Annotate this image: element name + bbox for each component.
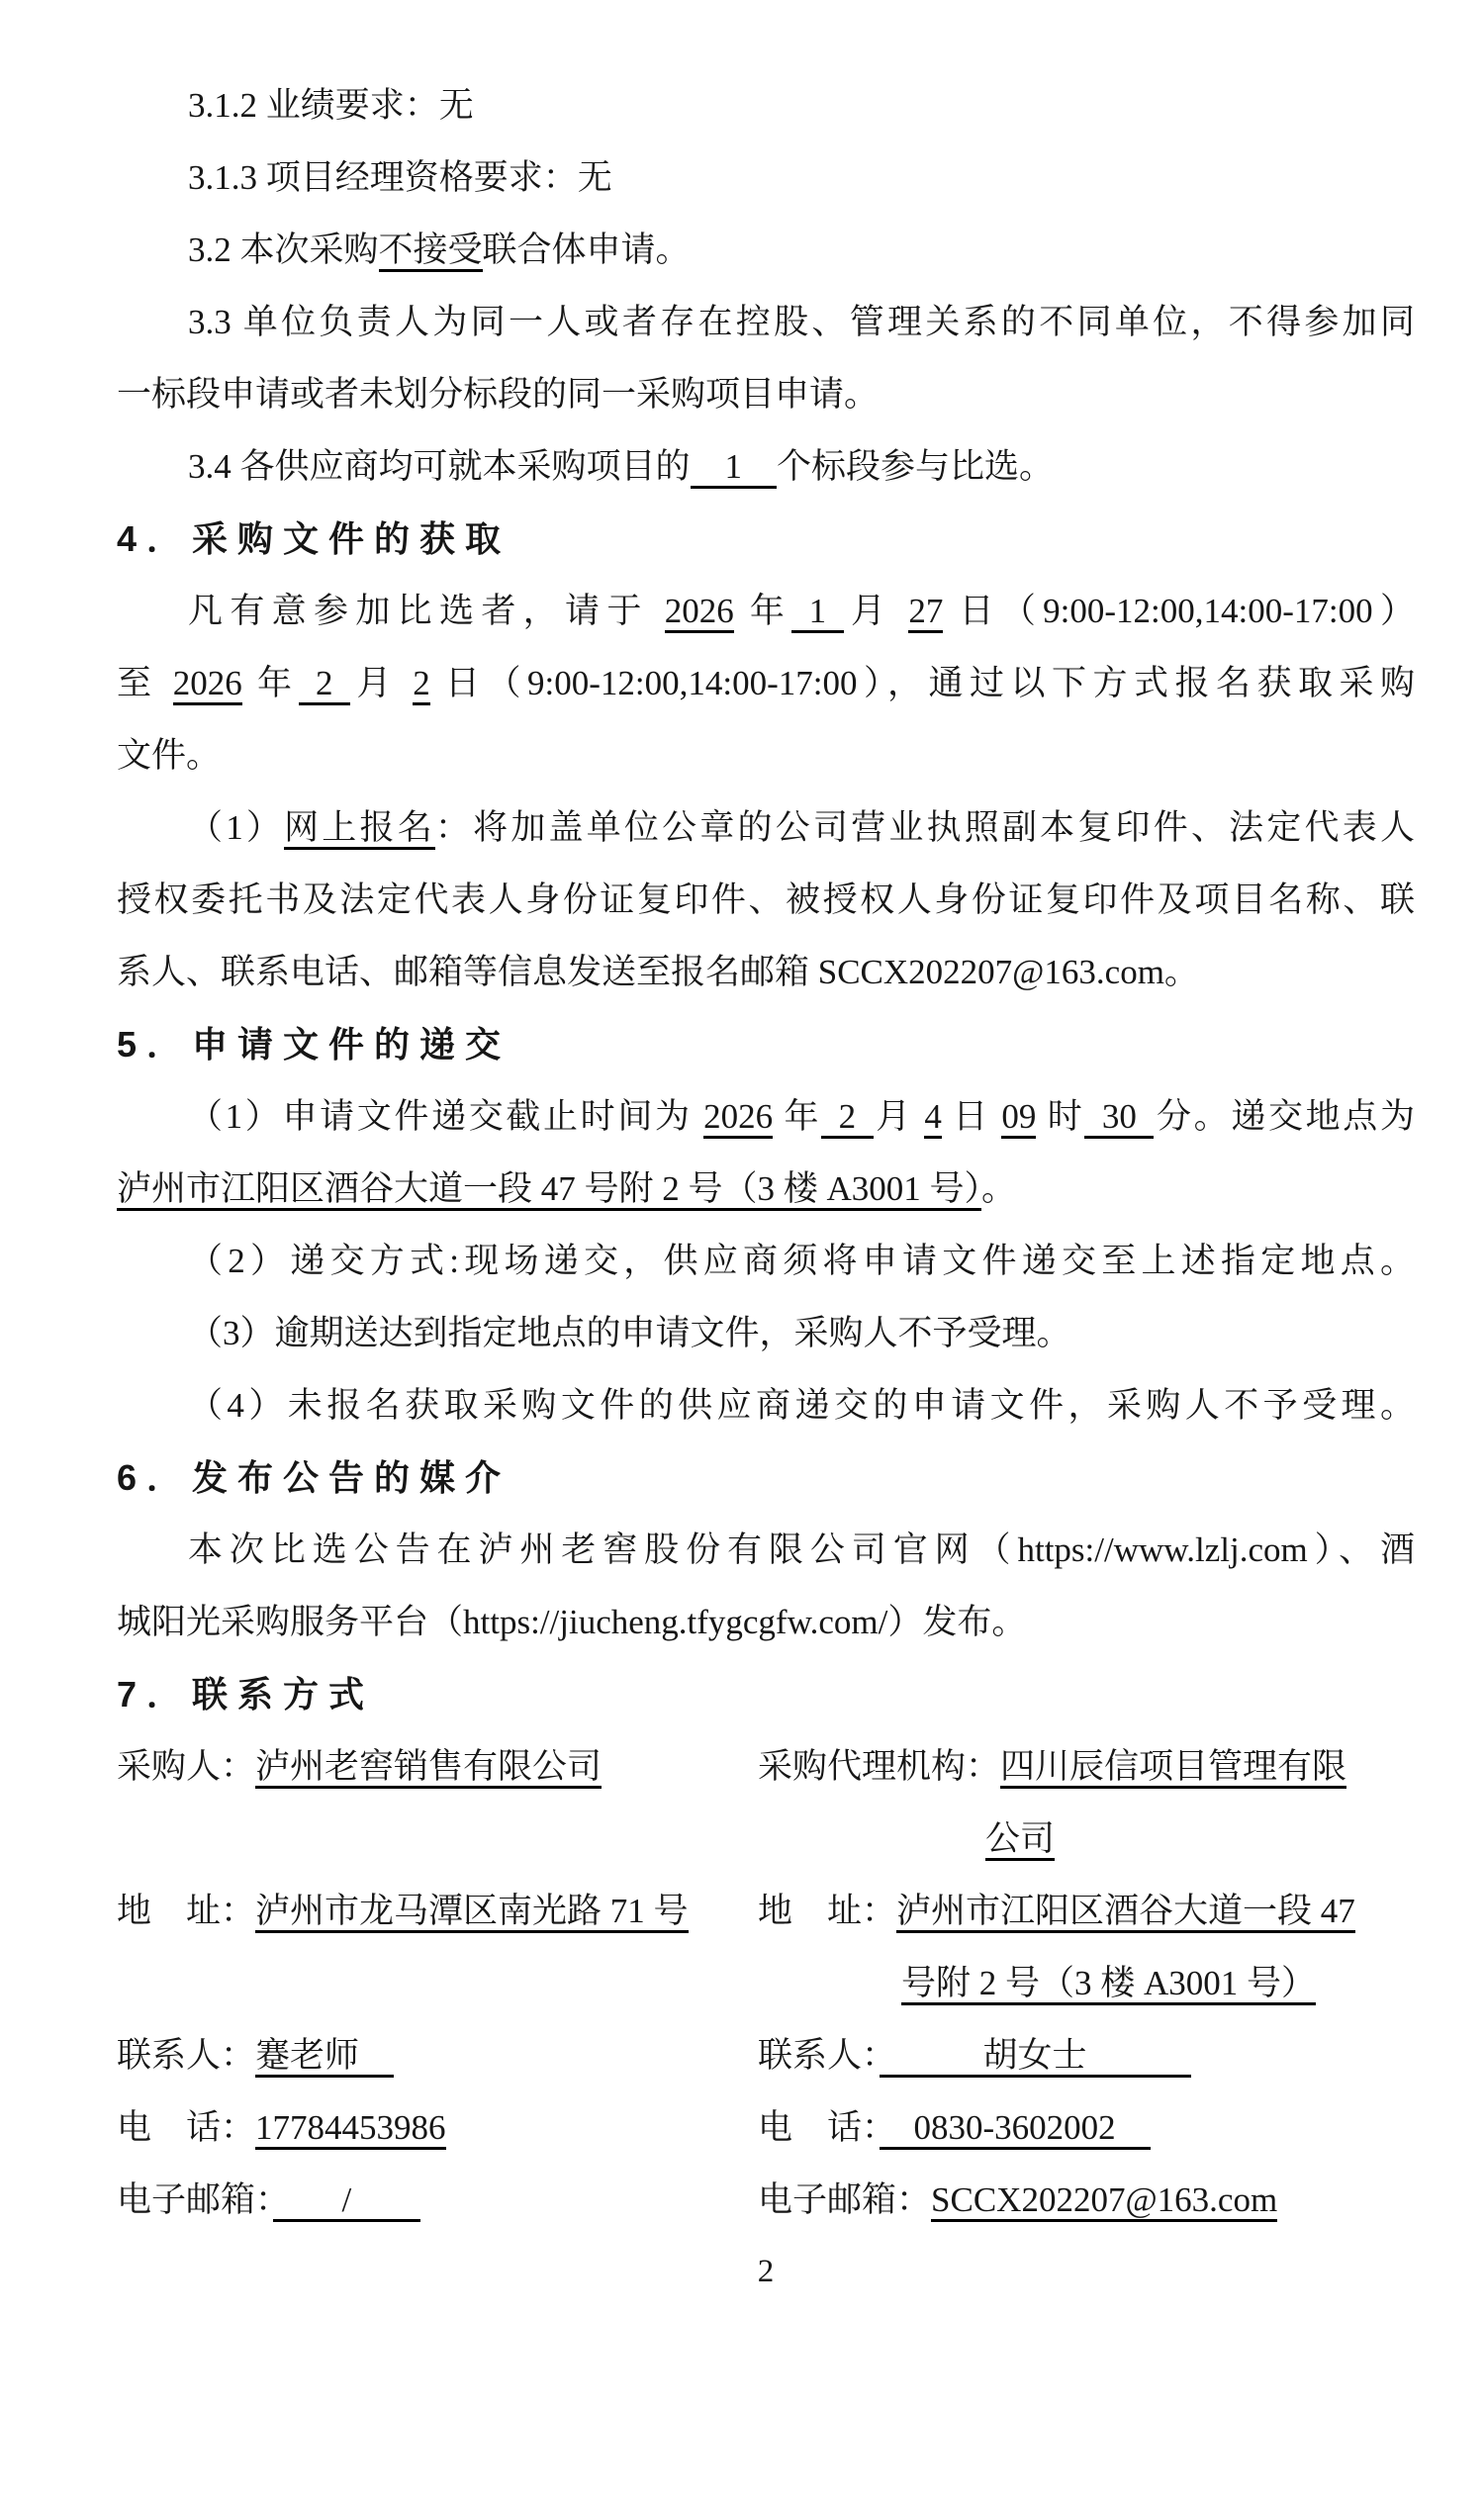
- text-segment: 年: [773, 1097, 821, 1136]
- underlined-year: 2026: [665, 592, 734, 633]
- agency-address-cell: 地 址：泸州市江阳区酒谷大道一段 47: [758, 1875, 1415, 1947]
- underlined-hour: 09: [1001, 1097, 1036, 1139]
- purchaser-address-cell: 地 址：泸州市龙马潭区南光路 71 号: [117, 1875, 758, 1947]
- text-segment: 日（9:00-12:00,14:00-17:00）: [943, 592, 1415, 630]
- text-segment: 3.2 本次采购: [188, 231, 379, 269]
- heading-text: 6．发布公告的媒介: [117, 1457, 510, 1498]
- underlined-year: 2026: [703, 1097, 773, 1139]
- clause-3-1-3-line: 3.1.3 项目经理资格要求：无: [117, 141, 1415, 214]
- underlined-month: 2: [821, 1097, 874, 1139]
- purchaser-name-cell: 采购人：泸州老窖销售有限公司: [117, 1730, 758, 1803]
- agency-address-value: 泸州市江阳区酒谷大道一段 47: [896, 1892, 1355, 1933]
- clause-3-3-line-2: 一标段申请或者未划分标段的同一采购项目申请。: [117, 358, 1415, 430]
- text-segment: 月: [874, 1097, 925, 1136]
- field-label: 地 址：: [758, 1892, 896, 1930]
- field-label: 电子邮箱：: [758, 2180, 931, 2219]
- text-segment: 系人、联系电话、邮箱等信息发送至报名邮箱 SCCX202207@163.com。: [117, 953, 1199, 991]
- text-segment: 文件。: [117, 736, 221, 775]
- underlined-submission-address: 泸州市江阳区酒谷大道一段 47 号附 2 号（3 楼 A3001 号）: [117, 1169, 981, 1211]
- text-segment: 个标段参与比选。: [777, 447, 1054, 486]
- deadline-line-2: 泸州市江阳区酒谷大道一段 47 号附 2 号（3 楼 A3001 号）。: [117, 1153, 1415, 1225]
- spacer-cell: [117, 1947, 758, 2019]
- text-segment: ：将加盖单位公章的公司营业执照副本复印件、法定代表人: [435, 808, 1415, 847]
- section-5-heading: 5．申请文件的递交: [117, 1008, 1415, 1080]
- contact-row-address-wrap: 号附 2 号（3 楼 A3001 号）: [117, 1947, 1415, 2019]
- delivery-method-line: （2）递交方式:现场递交，供应商须将申请文件递交至上述指定地点。: [117, 1225, 1415, 1297]
- online-registration-line-3: 系人、联系电话、邮箱等信息发送至报名邮箱 SCCX202207@163.com。: [117, 936, 1415, 1008]
- text-segment: 日（9:00-12:00,14:00-17:00），通过以下方式报名获取采购: [430, 664, 1415, 702]
- underlined-day: 2: [413, 664, 430, 705]
- text-segment: 。: [981, 1169, 1016, 1208]
- purchaser-name-value: 泸州老窖销售有限公司: [255, 1747, 602, 1789]
- purchaser-email-value: /: [273, 2180, 421, 2222]
- field-label: 电子邮箱：: [117, 2180, 273, 2219]
- purchaser-contact-cell: 联系人：蹇老师: [117, 2019, 758, 2091]
- agency-address-value-continued: 号附 2 号（3 楼 A3001 号）: [901, 1964, 1316, 2005]
- underlined-year: 2026: [173, 664, 242, 705]
- underlined-month: 1: [791, 592, 844, 633]
- contact-row-name-wrap: 公司: [117, 1803, 1415, 1875]
- media-line-2: 城阳光采购服务平台（https://jiucheng.tfygcgfw.com/…: [117, 1586, 1415, 1658]
- agency-contact-value: 胡女士: [880, 2036, 1191, 2078]
- text-segment: 至: [117, 664, 173, 702]
- agency-contact-cell: 联系人： 胡女士: [758, 2019, 1415, 2091]
- text-segment: 日: [942, 1097, 1001, 1136]
- field-label: 采购人：: [117, 1747, 255, 1786]
- text-segment: 3.3 单位负责人为同一人或者存在控股、管理关系的不同单位，不得参加同: [188, 303, 1415, 341]
- deadline-line-1: （1）申请文件递交截止时间为 2026 年 2 月 4 日 09 时 30 分。…: [117, 1080, 1415, 1153]
- agency-phone-value: 0830-3602002: [880, 2108, 1151, 2150]
- contact-row-phone: 电 话：17784453986 电 话： 0830-3602002: [117, 2091, 1415, 2164]
- clause-3-1-2-line: 3.1.2 业绩要求：无: [117, 69, 1415, 141]
- text-segment: 本次比选公告在泸州老窖股份有限公司官网（https://www.lzlj.com…: [188, 1530, 1415, 1569]
- section-6-heading: 6．发布公告的媒介: [117, 1441, 1415, 1514]
- online-registration-line-1: （1）网上报名：将加盖单位公章的公司营业执照副本复印件、法定代表人: [117, 791, 1415, 864]
- contact-row-email: 电子邮箱： / 电子邮箱：SCCX202207@163.com: [117, 2164, 1415, 2236]
- text-segment: 3.4 各供应商均可就本采购项目的: [188, 447, 691, 486]
- agency-name-cell: 采购代理机构：四川辰信项目管理有限: [758, 1730, 1415, 1803]
- field-label: 电 话：: [117, 2108, 255, 2147]
- text-segment: 3.1.2 业绩要求：无: [188, 86, 474, 125]
- agency-name-value: 四川辰信项目管理有限: [1000, 1747, 1346, 1789]
- contact-row-name: 采购人：泸州老窖销售有限公司 采购代理机构：四川辰信项目管理有限: [117, 1730, 1415, 1803]
- spacer-cell: [117, 1803, 758, 1875]
- underlined-blank-lot-count: 1: [691, 447, 778, 489]
- agency-phone-cell: 电 话： 0830-3602002: [758, 2091, 1415, 2164]
- underlined-segment: 不接受: [379, 231, 483, 272]
- page-number: 2: [117, 2236, 1415, 2308]
- text-segment: 授权委托书及法定代表人身份证复印件、被授权人身份证复印件及项目名称、联: [117, 881, 1415, 919]
- text-segment: （2）递交方式:现场递交，供应商须将申请文件递交至上述指定地点。: [188, 1242, 1415, 1280]
- contact-row-address: 地 址：泸州市龙马潭区南光路 71 号 地 址：泸州市江阳区酒谷大道一段 47: [117, 1875, 1415, 1947]
- underlined-day: 4: [924, 1097, 942, 1139]
- section-4-para-line-2: 至 2026 年 2 月 2 日（9:00-12:00,14:00-17:00）…: [117, 647, 1415, 719]
- text-segment: 年: [242, 664, 299, 702]
- page-number-text: 2: [758, 2254, 775, 2289]
- unregistered-supplier-line: （4）未报名获取采购文件的供应商递交的申请文件，采购人不予受理。: [117, 1369, 1415, 1441]
- agency-name-value-continued: 公司: [985, 1819, 1055, 1861]
- agency-email-value: SCCX202207@163.com: [931, 2180, 1277, 2222]
- text-segment: 城阳光采购服务平台（https://jiucheng.tfygcgfw.com/…: [117, 1603, 1026, 1641]
- media-line-1: 本次比选公告在泸州老窖股份有限公司官网（https://www.lzlj.com…: [117, 1514, 1415, 1586]
- heading-text: 4．采购文件的获取: [117, 518, 510, 559]
- text-segment: 时: [1036, 1097, 1084, 1136]
- section-4-para-line-1: 凡有意参加比选者，请于 2026 年 1 月 27 日（9:00-12:00,1…: [117, 575, 1415, 647]
- purchaser-address-value: 泸州市龙马潭区南光路 71 号: [255, 1892, 689, 1933]
- section-7-heading: 7．联系方式: [117, 1658, 1415, 1730]
- field-label: 电 话：: [758, 2108, 880, 2147]
- agency-email-cell: 电子邮箱：SCCX202207@163.com: [758, 2164, 1415, 2236]
- purchaser-phone-value: 17784453986: [255, 2108, 446, 2150]
- section-4-heading: 4．采购文件的获取: [117, 503, 1415, 575]
- clause-3-4-line: 3.4 各供应商均可就本采购项目的 1 个标段参与比选。: [117, 430, 1415, 503]
- text-segment: 一标段申请或者未划分标段的同一采购项目申请。: [117, 375, 879, 414]
- field-label: 采购代理机构：: [758, 1747, 1000, 1786]
- text-segment: （1）申请文件递交截止时间为: [188, 1097, 703, 1136]
- field-label: 联系人：: [117, 2036, 255, 2075]
- contact-row-person: 联系人：蹇老师 联系人： 胡女士: [117, 2019, 1415, 2091]
- online-registration-line-2: 授权委托书及法定代表人身份证复印件、被授权人身份证复印件及项目名称、联: [117, 864, 1415, 936]
- heading-text: 7．联系方式: [117, 1674, 374, 1715]
- underlined-day: 27: [908, 592, 943, 633]
- text-segment: （4）未报名获取采购文件的供应商递交的申请文件，采购人不予受理。: [188, 1386, 1415, 1425]
- clause-3-3-line-1: 3.3 单位负责人为同一人或者存在控股、管理关系的不同单位，不得参加同: [117, 286, 1415, 358]
- text-segment: 3.1.3 项目经理资格要求：无: [188, 158, 612, 197]
- late-delivery-line: （3）逾期送达到指定地点的申请文件，采购人不予受理。: [117, 1297, 1415, 1369]
- procurement-notice-page: 3.1.2 业绩要求：无 3.1.3 项目经理资格要求：无 3.2 本次采购不接…: [0, 0, 1484, 2503]
- underlined-online-registration: 网上报名: [284, 808, 435, 850]
- agency-address-continuation-cell: 号附 2 号（3 楼 A3001 号）: [758, 1947, 1415, 2019]
- purchaser-email-cell: 电子邮箱： /: [117, 2164, 758, 2236]
- text-segment: （3）逾期送达到指定地点的申请文件，采购人不予受理。: [188, 1314, 1071, 1352]
- text-segment: 凡有意参加比选者，请于: [188, 592, 665, 630]
- purchaser-contact-value: 蹇老师: [255, 2036, 394, 2078]
- section-4-para-line-3: 文件。: [117, 719, 1415, 791]
- text-segment: （1）: [188, 808, 284, 847]
- text-segment: 分。递交地点为: [1154, 1097, 1415, 1136]
- purchaser-phone-cell: 电 话：17784453986: [117, 2091, 758, 2164]
- agency-name-continuation-cell: 公司: [758, 1803, 1415, 1875]
- underlined-month: 2: [299, 664, 351, 705]
- field-label: 联系人：: [758, 2036, 880, 2075]
- text-segment: 月: [844, 592, 909, 630]
- heading-text: 5．申请文件的递交: [117, 1024, 510, 1065]
- text-segment: 联合体申请。: [483, 231, 691, 269]
- field-label: 地 址：: [117, 1892, 255, 1930]
- text-segment: 年: [734, 592, 791, 630]
- clause-3-2-line: 3.2 本次采购不接受联合体申请。: [117, 214, 1415, 286]
- text-segment: 月: [350, 664, 413, 702]
- underlined-minute: 30: [1084, 1097, 1154, 1139]
